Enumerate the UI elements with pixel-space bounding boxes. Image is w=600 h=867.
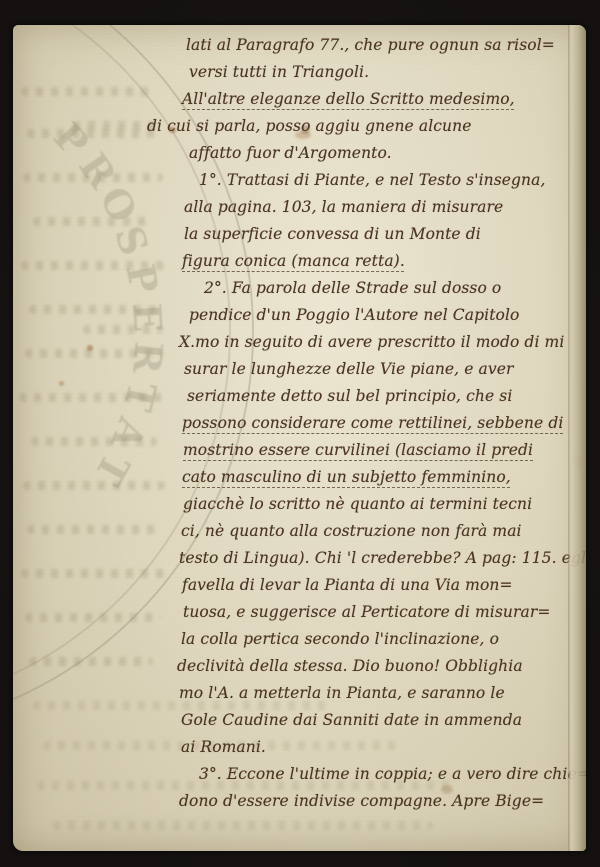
manuscript-line: tuosa, e suggerisce al Perticatore di mi… <box>13 599 586 626</box>
manuscript-line: mostrino essere curvilinei (lasciamo il … <box>13 437 586 464</box>
manuscript-line: affatto fuor d'Argomento. <box>13 140 586 167</box>
manuscript-line: Gole Caudine dai Sanniti date in ammenda <box>13 707 586 734</box>
manuscript-line: possono considerare come rettilinei, seb… <box>13 410 586 437</box>
manuscript-line: testo di Lingua). Chi 'l crederebbe? A p… <box>13 545 586 572</box>
manuscript-line: X.mo in seguito di avere prescritto il m… <box>13 329 586 356</box>
manuscript-line: la colla pertica secondo l'inclinazione,… <box>13 626 586 653</box>
manuscript-page: PROSPERTAT lati al Paragrafo 77., che pu… <box>13 25 586 851</box>
page-fore-edge <box>568 25 586 851</box>
manuscript-line: favella di levar la Pianta di una Via mo… <box>13 572 586 599</box>
manuscript-line: lati al Paragrafo 77., che pure ognun sa… <box>13 32 586 59</box>
bleed-through-line <box>53 821 433 830</box>
manuscript-line: surar le lunghezze delle Vie piane, e av… <box>13 356 586 383</box>
manuscript-line: 1°. Trattasi di Piante, e nel Testo s'in… <box>13 167 586 194</box>
manuscript-line: alla pagina. 103, la maniera di misurare <box>13 194 586 221</box>
manuscript-line: versi tutti in Triangoli. <box>13 59 586 86</box>
manuscript-line: ai Romani. <box>13 734 586 761</box>
manuscript-line: mo l'A. a metterla in Pianta, e saranno … <box>13 680 586 707</box>
manuscript-line: ci, nè quanto alla costruzione non farà … <box>13 518 586 545</box>
manuscript-line: cato masculino di un subjetto femminino, <box>13 464 586 491</box>
manuscript-line: 3°. Eccone l'ultime in coppia; e a vero … <box>13 761 586 788</box>
manuscript-line: pendice d'un Poggio l'Autore nel Capitol… <box>13 302 586 329</box>
manuscript-line: giacchè lo scritto nè quanto ai termini … <box>13 491 586 518</box>
manuscript-line: dono d'essere indivise compagne. Apre Bi… <box>13 788 586 815</box>
manuscript-line: declività della stessa. Dio buono! Obbli… <box>13 653 586 680</box>
handwritten-text: lati al Paragrafo 77., che pure ognun sa… <box>13 32 586 815</box>
manuscript-line: la superficie convessa di un Monte di <box>13 221 586 248</box>
manuscript-line: figura conica (manca retta). <box>13 248 586 275</box>
manuscript-line: seriamente detto sul bel principio, che … <box>13 383 586 410</box>
manuscript-line: 2°. Fa parola delle Strade sul dosso o <box>13 275 586 302</box>
manuscript-line: All'altre eleganze dello Scritto medesim… <box>13 86 586 113</box>
manuscript-line: di cui si parla, posso aggiu gnene alcun… <box>13 113 586 140</box>
